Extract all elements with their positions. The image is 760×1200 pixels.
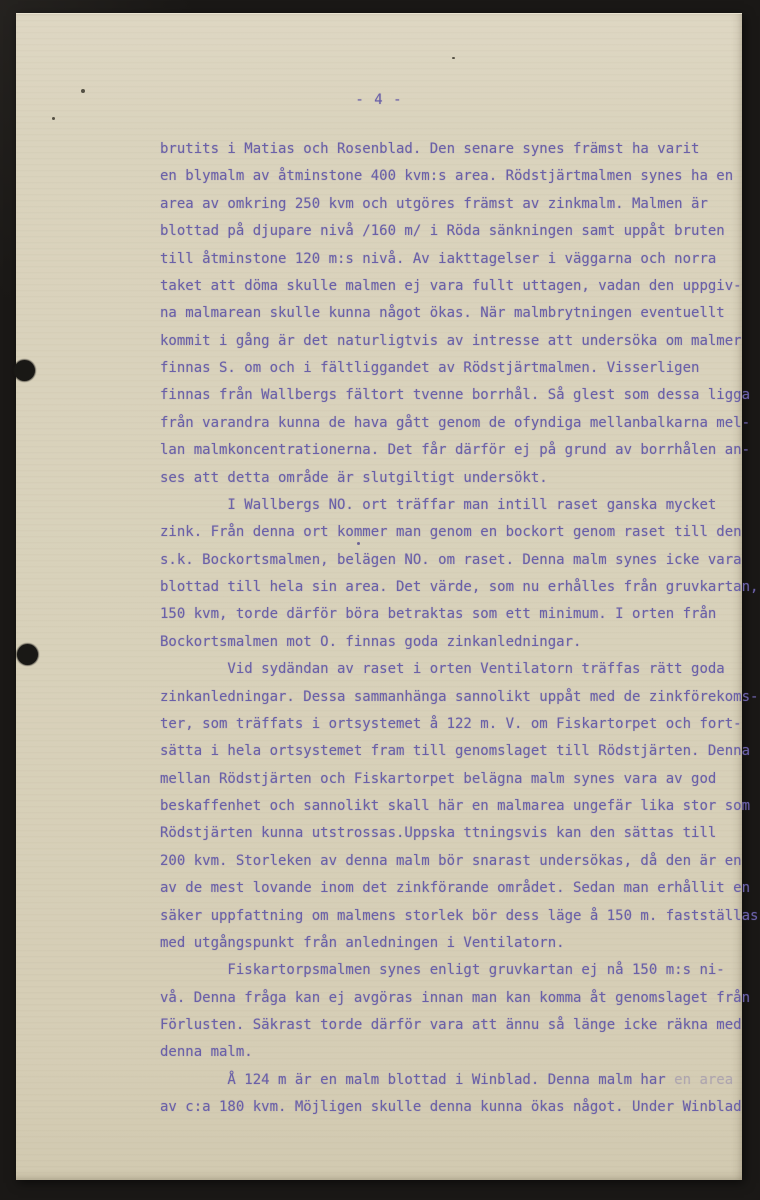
text-line: kommit i gång är det naturligtvis av int… <box>160 328 756 355</box>
text-line: taket att döma skulle malmen ej vara ful… <box>160 273 756 300</box>
text-line: lan malmkoncentrationerna. Det får därfö… <box>160 437 756 464</box>
text-line: ses att detta område är slutgiltigt unde… <box>160 465 756 492</box>
text-line: beskaffenhet och sannolikt skall här en … <box>160 793 756 820</box>
text-line: mellan Rödstjärten och Fiskartorpet belä… <box>160 766 756 793</box>
text-line: zinkanledningar. Dessa sammanhänga sanno… <box>160 684 756 711</box>
ink-speck <box>357 542 360 545</box>
text-line: I Wallbergs NO. ort träffar man intill r… <box>160 492 756 519</box>
paper-speck <box>452 57 455 59</box>
text-line: 150 kvm, torde därför böra betraktas som… <box>160 601 756 628</box>
document-paper: - 4 - brutits i Matias och Rosenblad. De… <box>16 13 742 1180</box>
text-line: na malmarean skulle kunna något ökas. Nä… <box>160 300 756 327</box>
scanned-page-background: - 4 - brutits i Matias och Rosenblad. De… <box>0 0 760 1200</box>
text-line: en blymalm av åtminstone 400 kvm:s area.… <box>160 163 756 190</box>
punch-hole-top <box>14 360 35 381</box>
document-body-text: brutits i Matias och Rosenblad. Den sena… <box>160 136 756 1122</box>
text-line: Å 124 m är en malm blottad i Winblad. De… <box>160 1067 756 1094</box>
text-line: Fiskartorpsmalmen synes enligt gruvkarta… <box>160 957 756 984</box>
text-line: denna malm. <box>160 1039 756 1066</box>
text-line: brutits i Matias och Rosenblad. Den sena… <box>160 136 756 163</box>
text-segment: Å 124 m är en malm blottad i Winblad. De… <box>160 1072 674 1088</box>
text-line: finnas S. om och i fältliggandet av Röds… <box>160 355 756 382</box>
text-line: blottad på djupare nivå /160 m/ i Röda s… <box>160 218 756 245</box>
text-line: finnas från Wallbergs fältort tvenne bor… <box>160 382 756 409</box>
text-line: zink. Från denna ort kommer man genom en… <box>160 519 756 546</box>
text-line: sätta i hela ortsystemet fram till genom… <box>160 738 756 765</box>
text-line: Rödstjärten kunna utstrossas.Uppska ttni… <box>160 820 756 847</box>
text-line: blottad till hela sin area. Det värde, s… <box>160 574 756 601</box>
text-line: 200 kvm. Storleken av denna malm bör sna… <box>160 848 756 875</box>
text-line: med utgångspunkt från anledningen i Vent… <box>160 930 756 957</box>
faded-text-segment: en area <box>674 1072 733 1088</box>
text-line: av de mest lovande inom det zinkförande … <box>160 875 756 902</box>
text-line: från varandra kunna de hava gått genom d… <box>160 410 756 437</box>
text-line: Vid sydändan av raset i orten Ventilator… <box>160 656 756 683</box>
paper-speck <box>81 89 85 93</box>
text-line: till åtminstone 120 m:s nivå. Av iakttag… <box>160 246 756 273</box>
paper-speck <box>52 117 55 120</box>
text-line: Bockortsmalmen mot O. finnas goda zinkan… <box>160 629 756 656</box>
text-line: säker uppfattning om malmens storlek bör… <box>160 903 756 930</box>
text-line: vå. Denna fråga kan ej avgöras innan man… <box>160 985 756 1012</box>
text-line: area av omkring 250 kvm och utgöres främ… <box>160 191 756 218</box>
text-line: ter, som träffats i ortsystemet å 122 m.… <box>160 711 756 738</box>
text-line: Förlusten. Säkrast torde därför vara att… <box>160 1012 756 1039</box>
text-line: s.k. Bockortsmalmen, belägen NO. om rase… <box>160 547 756 574</box>
page-number: - 4 - <box>16 90 742 110</box>
text-line: av c:a 180 kvm. Möjligen skulle denna ku… <box>160 1094 756 1121</box>
punch-hole-bottom <box>17 644 38 665</box>
